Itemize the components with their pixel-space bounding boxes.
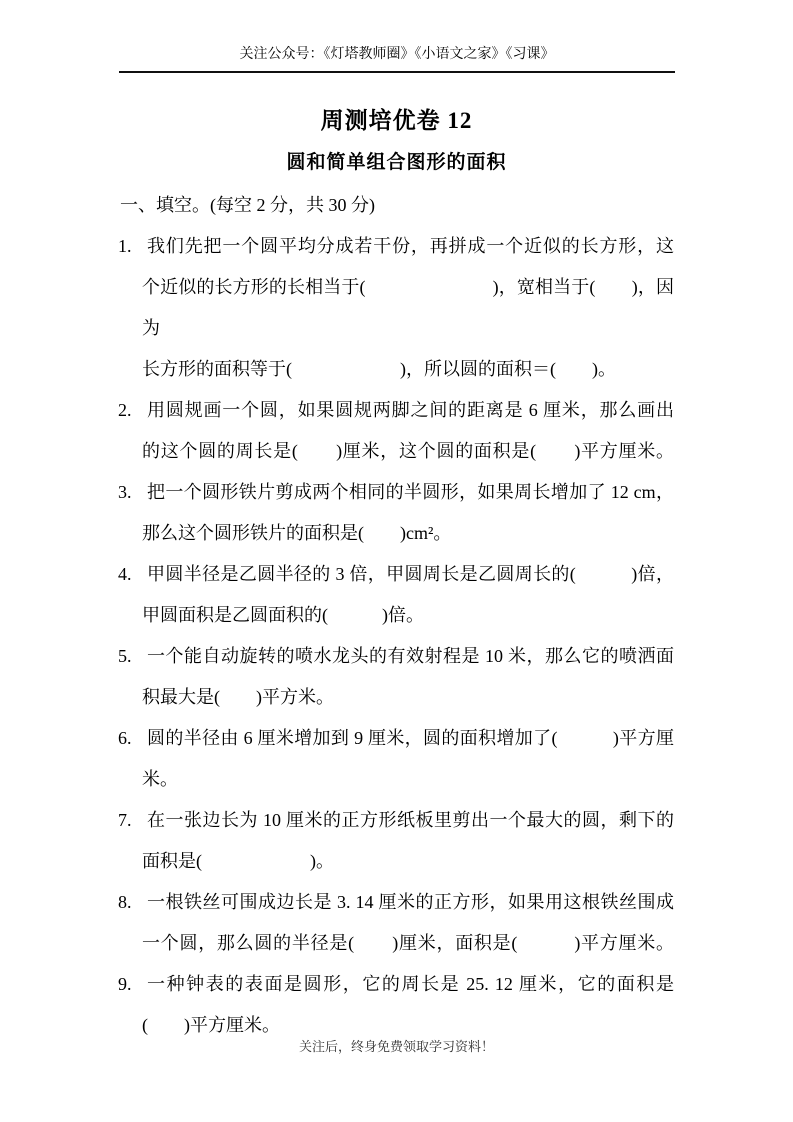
question-line: 米。 <box>142 759 674 800</box>
question-line: 用圆规画一个圆，如果圆规两脚之间的距离是 6 厘米，那么画出 <box>142 390 674 431</box>
question-lines: 把一个圆形铁片剪成两个相同的半圆形，如果周长增加了 12 cm，那么这个圆形铁片… <box>142 472 674 554</box>
question-number: 8. <box>118 882 132 923</box>
question-section: 一、填空。(每空 2 分，共 30 分) 1. 我们先把一个圆平均分成若干份，再… <box>120 185 674 1046</box>
question-lines: 我们先把一个圆平均分成若干份，再拼成一个近似的长方形，这个近似的长方形的长相当于… <box>142 226 674 390</box>
question-lines: 圆的半径由 6 厘米增加到 9 厘米，圆的面积增加了( )平方厘米。 <box>142 718 674 800</box>
question-line: 长方形的面积等于( )，所以圆的面积＝( )。 <box>142 349 674 390</box>
question-number: 7. <box>118 800 132 841</box>
page-header: 关注公众号：《灯塔教师圈》《小语文之家》《习课》 <box>119 46 675 73</box>
question-number: 9. <box>118 964 132 1005</box>
question-number: 4. <box>118 554 132 595</box>
question-line: 甲圆半径是乙圆半径的 3 倍，甲圆周长是乙圆周长的( )倍， <box>142 554 674 595</box>
question-line: 的这个圆的周长是( )厘米，这个圆的面积是( )平方厘米。 <box>142 431 674 472</box>
question-line: 甲圆面积是乙圆面积的( )倍。 <box>142 595 674 636</box>
question-lines: 在一张边长为 10 厘米的正方形纸板里剪出一个最大的圆，剩下的面积是( )。 <box>142 800 674 882</box>
worksheet-page: 关注公众号：《灯塔教师圈》《小语文之家》《习课》 周测培优卷 12 圆和简单组合… <box>0 0 793 1122</box>
question-line: 我们先把一个圆平均分成若干份，再拼成一个近似的长方形，这 <box>142 226 674 267</box>
question-line: 个近似的长方形的长相当于( )，宽相当于( )，因为 <box>142 267 674 349</box>
header-note: 关注公众号：《灯塔教师圈》《小语文之家》《习课》 <box>119 46 675 65</box>
question-item: 8. 一根铁丝可围成边长是 3. 14 厘米的正方形，如果用这根铁丝围成一个圆，… <box>120 882 674 964</box>
question-number: 6. <box>118 718 132 759</box>
question-lines: 一种钟表的表面是圆形，它的周长是 25. 12 厘米，它的面积是( )平方厘米。 <box>142 964 674 1046</box>
question-item: 4. 甲圆半径是乙圆半径的 3 倍，甲圆周长是乙圆周长的( )倍，甲圆面积是乙圆… <box>120 554 674 636</box>
question-number: 3. <box>118 472 132 513</box>
question-line: 把一个圆形铁片剪成两个相同的半圆形，如果周长增加了 12 cm， <box>142 472 674 513</box>
question-item: 9. 一种钟表的表面是圆形，它的周长是 25. 12 厘米，它的面积是( )平方… <box>120 964 674 1046</box>
question-list: 1. 我们先把一个圆平均分成若干份，再拼成一个近似的长方形，这个近似的长方形的长… <box>120 226 674 1046</box>
question-number: 2. <box>118 390 132 431</box>
question-line: 在一张边长为 10 厘米的正方形纸板里剪出一个最大的圆，剩下的 <box>142 800 674 841</box>
question-line: 一个能自动旋转的喷水龙头的有效射程是 10 米，那么它的喷洒面 <box>142 636 674 677</box>
question-line: 面积是( )。 <box>142 841 674 882</box>
question-line: 那么这个圆形铁片的面积是( )cm²。 <box>142 513 674 554</box>
question-line: 一种钟表的表面是圆形，它的周长是 25. 12 厘米，它的面积是 <box>142 964 674 1005</box>
doc-title: 周测培优卷 12 <box>0 102 793 135</box>
question-line: 积最大是( )平方米。 <box>142 677 674 718</box>
question-item: 6. 圆的半径由 6 厘米增加到 9 厘米，圆的面积增加了( )平方厘米。 <box>120 718 674 800</box>
question-number: 5. <box>118 636 132 677</box>
question-item: 7. 在一张边长为 10 厘米的正方形纸板里剪出一个最大的圆，剩下的面积是( )… <box>120 800 674 882</box>
question-lines: 一根铁丝可围成边长是 3. 14 厘米的正方形，如果用这根铁丝围成一个圆，那么圆… <box>142 882 674 964</box>
question-number: 1. <box>118 226 132 267</box>
doc-subtitle: 圆和简单组合图形的面积 <box>0 147 793 174</box>
question-item: 3. 把一个圆形铁片剪成两个相同的半圆形，如果周长增加了 12 cm，那么这个圆… <box>120 472 674 554</box>
question-item: 1. 我们先把一个圆平均分成若干份，再拼成一个近似的长方形，这个近似的长方形的长… <box>120 226 674 390</box>
question-lines: 用圆规画一个圆，如果圆规两脚之间的距离是 6 厘米，那么画出的这个圆的周长是( … <box>142 390 674 472</box>
question-lines: 一个能自动旋转的喷水龙头的有效射程是 10 米，那么它的喷洒面积最大是( )平方… <box>142 636 674 718</box>
page-footer: 关注后，终身免费领取学习资料！ <box>0 1038 793 1056</box>
question-lines: 甲圆半径是乙圆半径的 3 倍，甲圆周长是乙圆周长的( )倍，甲圆面积是乙圆面积的… <box>142 554 674 636</box>
question-line: 一根铁丝可围成边长是 3. 14 厘米的正方形，如果用这根铁丝围成 <box>142 882 674 923</box>
footer-note: 关注后，终身免费领取学习资料！ <box>299 1039 494 1054</box>
question-line: 一个圆，那么圆的半径是( )厘米，面积是( )平方厘米。 <box>142 923 674 964</box>
question-item: 5. 一个能自动旋转的喷水龙头的有效射程是 10 米，那么它的喷洒面积最大是( … <box>120 636 674 718</box>
question-item: 2. 用圆规画一个圆，如果圆规两脚之间的距离是 6 厘米，那么画出的这个圆的周长… <box>120 390 674 472</box>
section-heading: 一、填空。(每空 2 分，共 30 分) <box>120 185 674 226</box>
question-line: 圆的半径由 6 厘米增加到 9 厘米，圆的面积增加了( )平方厘 <box>142 718 674 759</box>
